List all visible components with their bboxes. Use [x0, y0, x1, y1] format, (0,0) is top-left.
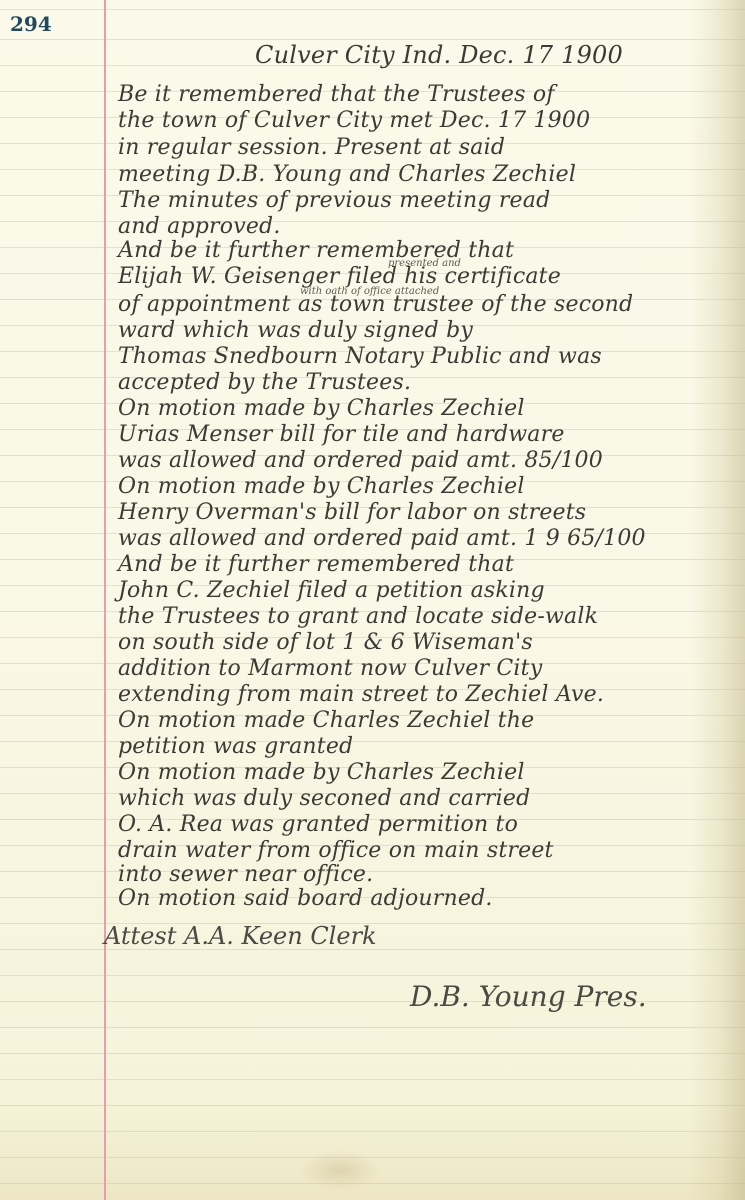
minutes-line: petition was granted [118, 734, 353, 760]
minutes-line: On motion said board adjourned. [118, 886, 493, 912]
minutes-line: accepted by the Trustees. [118, 370, 411, 396]
minutes-line: meeting D.B. Young and Charles Zechiel [118, 162, 576, 188]
minutes-line: of appointment as town trustee of the se… [118, 292, 633, 318]
minutes-line: On motion made by Charles Zechiel [118, 396, 525, 422]
minutes-line: On motion made by Charles Zechiel [118, 760, 525, 786]
minutes-line: the town of Culver City met Dec. 17 1900 [118, 108, 590, 134]
minutes-line: on south side of lot 1 & 6 Wiseman's [118, 630, 533, 656]
president-signature: D.B. Young Pres. [410, 980, 647, 1013]
minutes-line: addition to Marmont now Culver City [118, 656, 542, 682]
minutes-line: was allowed and ordered paid amt. 1 9 65… [118, 526, 646, 552]
minutes-line: And be it further remembered that [118, 552, 514, 578]
minutes-line: into sewer near office. [118, 862, 373, 888]
minutes-line: which was duly seconed and carried [118, 786, 530, 812]
minutes-line: Thomas Snedbourn Notary Public and was [118, 344, 602, 370]
ledger-page: 294 Culver City Ind. Dec. 17 1900 Be it … [0, 0, 745, 1200]
minutes-line: Be it remembered that the Trustees of [118, 82, 555, 108]
attest-signature: Attest A.A. Keen Clerk [104, 922, 377, 950]
minutes-line: O. A. Rea was granted permition to [118, 812, 518, 838]
minutes-line: Urias Menser bill for tile and hardware [118, 422, 565, 448]
minutes-line: and approved. [118, 214, 281, 240]
minutes-line: in regular session. Present at said [118, 135, 505, 161]
minutes-line: On motion made by Charles Zechiel [118, 474, 525, 500]
minutes-line: Henry Overman's bill for labor on street… [118, 500, 586, 526]
minutes-line: the Trustees to grant and locate side-wa… [118, 604, 598, 630]
minutes-line: The minutes of previous meeting read [118, 188, 550, 214]
page-number: 294 [10, 12, 52, 36]
minutes-heading: Culver City Ind. Dec. 17 1900 [255, 42, 623, 68]
minutes-line: was allowed and ordered paid amt. 85/100 [118, 448, 603, 474]
minutes-line: John C. Zechiel filed a petition asking [118, 578, 545, 604]
minutes-line: ward which was duly signed by [118, 318, 473, 344]
margin-line [104, 0, 106, 1200]
minutes-line: extending from main street to Zechiel Av… [118, 682, 604, 708]
paper-stain [300, 1150, 380, 1190]
minutes-line: drain water from office on main street [118, 838, 554, 864]
minutes-line: On motion made Charles Zechiel the [118, 708, 534, 734]
